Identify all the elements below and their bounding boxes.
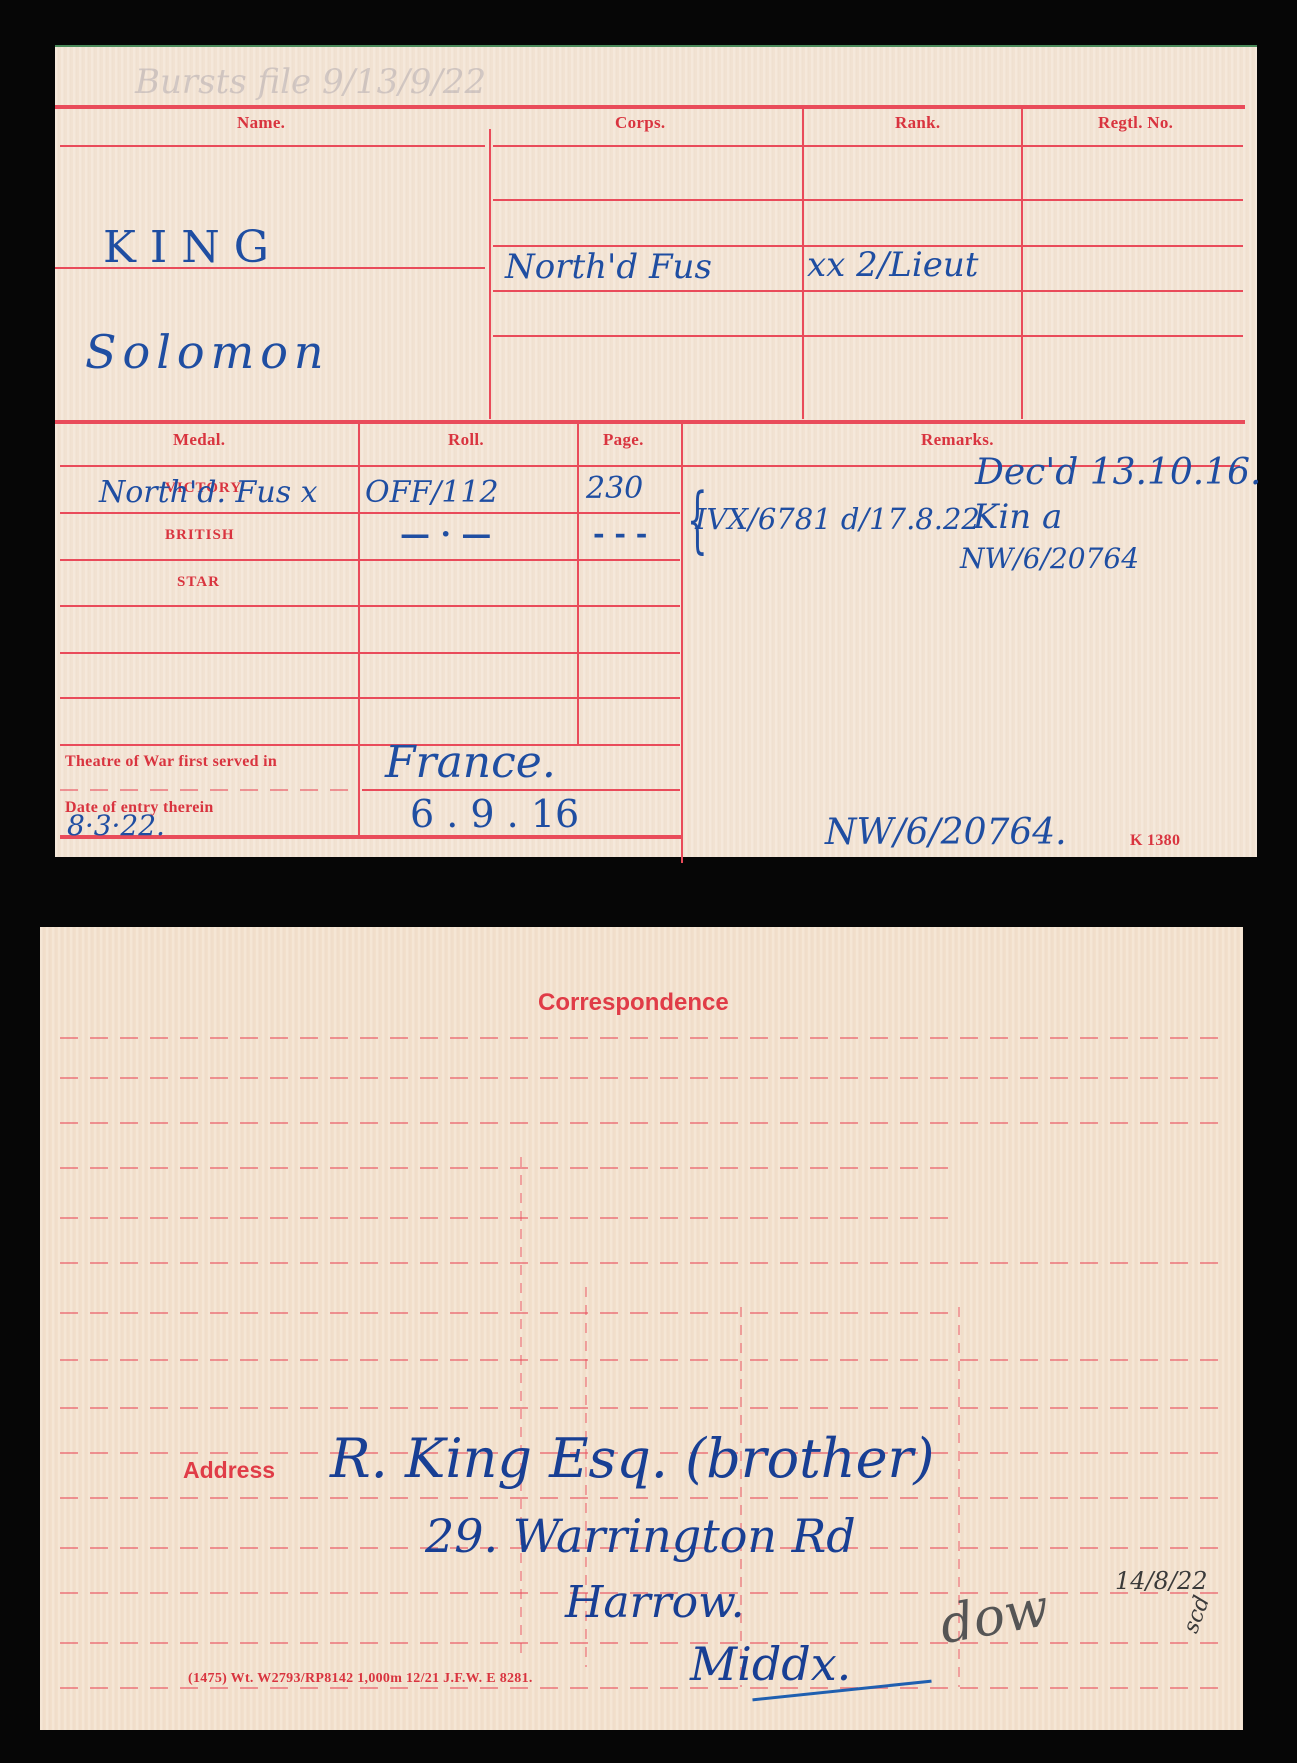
divider-corps-rank: [802, 109, 804, 419]
roll-victory: OFF/112: [365, 475, 499, 510]
rule: [362, 789, 680, 791]
dashed-rule: [60, 789, 360, 791]
regtl-no-header: Regtl. No.: [1098, 113, 1173, 133]
rule: [60, 652, 680, 654]
remarks-nw-ref: NW/6/20764: [960, 542, 1139, 575]
faint-vrule: [520, 1157, 522, 1657]
medal-header: Medal.: [173, 430, 225, 450]
rule: [60, 512, 680, 514]
name-header: Name.: [237, 113, 285, 133]
rule: [60, 605, 680, 607]
faint-rule: [60, 1262, 1220, 1264]
rule: [493, 145, 1243, 147]
print-line: (1475) Wt. W2793/RP8142 1,000m 12/21 J.F…: [188, 1671, 533, 1687]
form-code: K 1380: [1130, 832, 1180, 850]
date-entry-value: 6 . 9 . 16: [410, 792, 579, 836]
faint-rule: [60, 1642, 1220, 1644]
faint-rule: [60, 1037, 1220, 1039]
divider-page-remarks: [681, 423, 683, 863]
rule: [60, 744, 680, 746]
address-line-4: Middx.: [690, 1637, 851, 1691]
medal-index-card-back: Correspondence Address R. King Esq. (bro…: [40, 927, 1243, 1730]
medal-british-label: BRITISH: [165, 527, 235, 544]
rule: [493, 335, 1243, 337]
pencil-initials: dow: [936, 1578, 1054, 1656]
remarks-deceased-date: Dec'd 13.10.16.: [975, 452, 1261, 493]
rule: [60, 559, 680, 561]
footer-date: 8·3·22.: [67, 809, 165, 842]
pencil-note: scd: [1179, 1593, 1215, 1637]
rank-handwritten: xx 2/Lieut: [807, 245, 978, 285]
page-british: - - -: [593, 517, 647, 550]
remarks-name: Kin a: [973, 497, 1062, 537]
forename-handwritten: Solomon: [85, 325, 330, 379]
address-line-3: Harrow.: [565, 1577, 745, 1628]
address-line-1: R. King Esq. (brother): [330, 1427, 934, 1490]
medal-handwritten-corps: North'd. Fus x: [99, 475, 318, 510]
rule: [60, 697, 680, 699]
page-victory: 230: [586, 471, 643, 506]
rule: [60, 145, 485, 147]
faint-rule: [60, 1122, 1220, 1124]
divider-medal-roll: [358, 423, 360, 838]
surname-handwritten: KING: [103, 222, 283, 273]
divider-name-corps: [489, 129, 491, 419]
rule: [493, 290, 1243, 292]
faint-vrule: [740, 1307, 742, 1687]
correspondence-title: Correspondence: [538, 989, 729, 1017]
medal-section-border: [55, 420, 1245, 424]
top-border-line: [55, 105, 1245, 109]
footer-nw-ref: NW/6/20764.: [825, 812, 1067, 853]
faint-rule: [60, 1167, 960, 1169]
theatre-value: France.: [385, 737, 556, 788]
medal-star-label: STAR: [177, 574, 220, 591]
roll-header: Roll.: [448, 430, 484, 450]
faint-pencil-annotation: Bursts file 9/13/9/22: [135, 62, 486, 102]
divider-rank-regtl: [1021, 109, 1023, 419]
faint-rule: [60, 1687, 1220, 1689]
remarks-reference: IVX/6781 d/17.8.22: [695, 502, 980, 536]
faint-rule: [60, 1077, 1220, 1079]
remarks-header: Remarks.: [921, 430, 994, 450]
pencil-date: 14/8/22: [1115, 1567, 1208, 1595]
page-header: Page.: [603, 430, 644, 450]
roll-british: — · —: [400, 517, 491, 552]
rank-header: Rank.: [895, 113, 940, 133]
faint-rule: [60, 1497, 1220, 1499]
medal-index-card-front: Bursts file 9/13/9/22 Name. Corps. Rank.…: [55, 45, 1257, 857]
corps-header: Corps.: [615, 113, 665, 133]
address-line-2: 29. Warrington Rd: [425, 1509, 856, 1563]
theatre-label: Theatre of War first served in: [65, 753, 277, 771]
rule: [493, 199, 1243, 201]
faint-rule: [60, 1312, 960, 1314]
faint-rule: [60, 1217, 960, 1219]
faint-rule: [60, 1407, 1220, 1409]
address-label: Address: [183, 1457, 275, 1484]
faint-rule: [60, 1359, 1220, 1361]
corps-handwritten: North'd Fus: [505, 247, 712, 287]
